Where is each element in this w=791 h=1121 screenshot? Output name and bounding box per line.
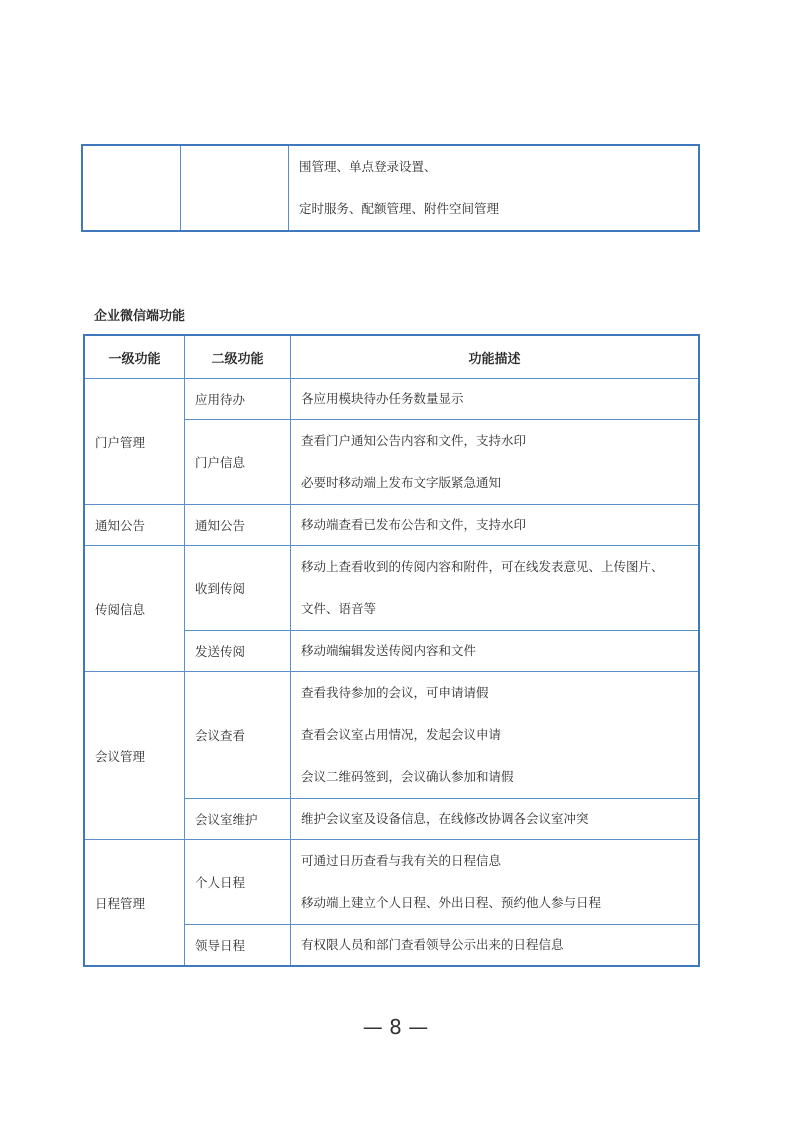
description-line: 有权限人员和部门查看领导公示出来的日程信息 <box>301 925 688 965</box>
table-row: 门户管理 应用待办 各应用模块待办任务数量显示 <box>85 379 699 420</box>
description-line: 必要时移动端上发布文字版紧急通知 <box>301 462 688 504</box>
level2-cell: 通知公告 <box>185 505 291 546</box>
page-number: — 8 — <box>0 1015 791 1039</box>
description-line: 围管理、单点登录设置、 <box>299 146 688 188</box>
description-line: 移动端查看已发布公告和文件，支持水印 <box>301 505 688 545</box>
level1-cell: 传阅信息 <box>85 546 185 672</box>
level1-cell <box>83 146 181 231</box>
description-line: 可通过日历查看与我有关的日程信息 <box>301 840 688 882</box>
description-line: 移动端编辑发送传阅内容和文件 <box>301 631 688 671</box>
description-line: 文件、语音等 <box>301 588 688 630</box>
level1-cell: 通知公告 <box>85 505 185 546</box>
feature-table: 一级功能 二级功能 功能描述 门户管理 应用待办 各应用模块待办任务数量显示 门… <box>84 335 699 966</box>
level2-cell <box>181 146 289 231</box>
level2-cell: 会议查看 <box>185 672 291 799</box>
description-cell: 移动上查看收到的传阅内容和附件，可在线发表意见、上传图片、 文件、语音等 <box>291 546 699 631</box>
level2-cell: 领导日程 <box>185 925 291 966</box>
description-line: 定时服务、配额管理、附件空间管理 <box>299 188 688 230</box>
description-cell: 查看门户通知公告内容和文件，支持水印 必要时移动端上发布文字版紧急通知 <box>291 420 699 505</box>
level2-cell: 发送传阅 <box>185 631 291 672</box>
continued-table: 围管理、单点登录设置、 定时服务、配额管理、附件空间管理 <box>82 145 699 231</box>
description-cell: 各应用模块待办任务数量显示 <box>291 379 699 420</box>
header-description: 功能描述 <box>291 336 699 379</box>
level1-cell: 门户管理 <box>85 379 185 505</box>
level2-cell: 会议室维护 <box>185 799 291 840</box>
section-title: 企业微信端功能 <box>94 305 185 324</box>
level2-cell: 收到传阅 <box>185 546 291 631</box>
description-line: 查看会议室占用情况，发起会议申请 <box>301 714 688 756</box>
level2-cell: 门户信息 <box>185 420 291 505</box>
table-row: 围管理、单点登录设置、 定时服务、配额管理、附件空间管理 <box>83 146 699 231</box>
level2-cell: 应用待办 <box>185 379 291 420</box>
header-level2: 二级功能 <box>185 336 291 379</box>
description-line: 查看门户通知公告内容和文件，支持水印 <box>301 420 688 462</box>
description-cell: 移动端编辑发送传阅内容和文件 <box>291 631 699 672</box>
description-line: 维护会议室及设备信息，在线修改协调各会议室冲突 <box>301 799 688 839</box>
description-cell: 移动端查看已发布公告和文件，支持水印 <box>291 505 699 546</box>
level1-cell: 会议管理 <box>85 672 185 840</box>
description-cell: 围管理、单点登录设置、 定时服务、配额管理、附件空间管理 <box>289 146 699 231</box>
description-cell: 有权限人员和部门查看领导公示出来的日程信息 <box>291 925 699 966</box>
description-cell: 维护会议室及设备信息，在线修改协调各会议室冲突 <box>291 799 699 840</box>
description-line: 会议二维码签到，会议确认参加和请假 <box>301 756 688 798</box>
description-line: 各应用模块待办任务数量显示 <box>301 379 688 419</box>
table-header-row: 一级功能 二级功能 功能描述 <box>85 336 699 379</box>
description-line: 查看我待参加的会议，可申请请假 <box>301 672 688 714</box>
header-level1: 一级功能 <box>85 336 185 379</box>
description-line: 移动上查看收到的传阅内容和附件，可在线发表意见、上传图片、 <box>301 546 688 588</box>
table-row: 传阅信息 收到传阅 移动上查看收到的传阅内容和附件，可在线发表意见、上传图片、 … <box>85 546 699 631</box>
level1-cell: 日程管理 <box>85 840 185 966</box>
table-row: 通知公告 通知公告 移动端查看已发布公告和文件，支持水印 <box>85 505 699 546</box>
description-cell: 可通过日历查看与我有关的日程信息 移动端上建立个人日程、外出日程、预约他人参与日… <box>291 840 699 925</box>
table-row: 会议管理 会议查看 查看我待参加的会议，可申请请假 查看会议室占用情况，发起会议… <box>85 672 699 799</box>
table-row: 日程管理 个人日程 可通过日历查看与我有关的日程信息 移动端上建立个人日程、外出… <box>85 840 699 925</box>
description-line: 移动端上建立个人日程、外出日程、预约他人参与日程 <box>301 882 688 924</box>
level2-cell: 个人日程 <box>185 840 291 925</box>
description-cell: 查看我待参加的会议，可申请请假 查看会议室占用情况，发起会议申请 会议二维码签到… <box>291 672 699 799</box>
